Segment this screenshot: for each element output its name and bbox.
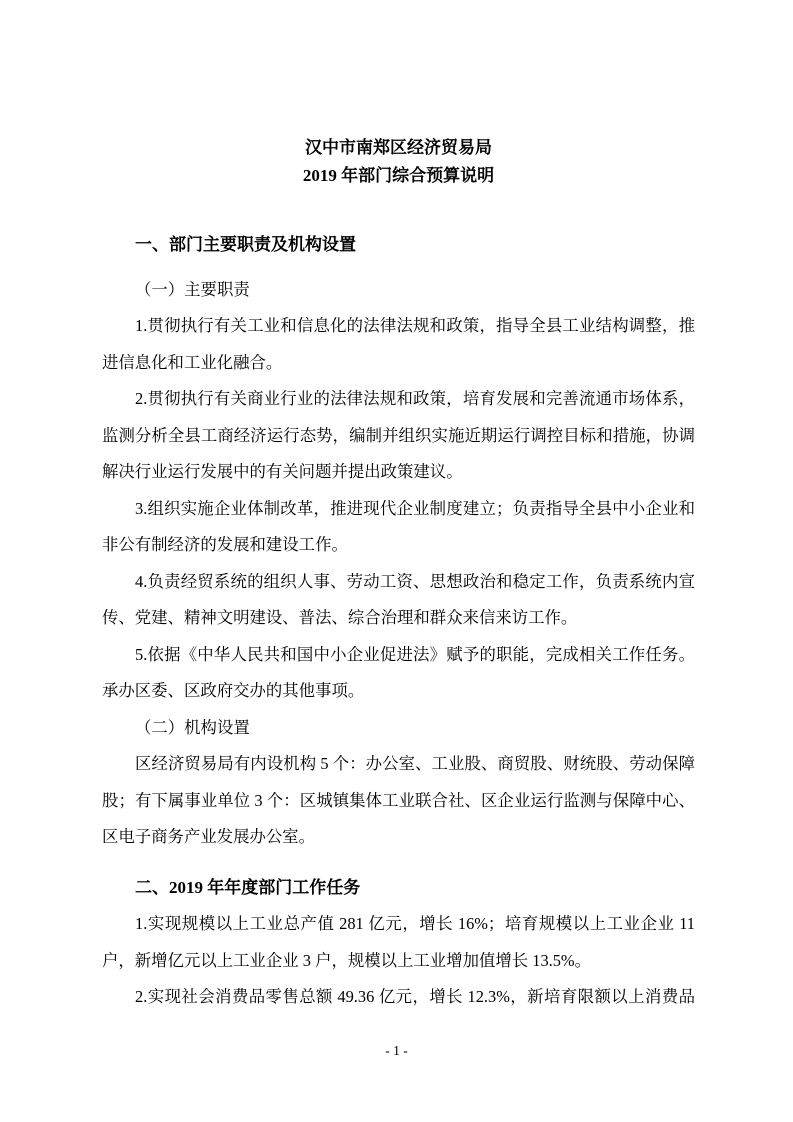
section-heading-1: 一、部门主要职责及机构设置 (102, 227, 695, 264)
page-number: - 1 - (0, 1042, 793, 1060)
paragraph-duty-2: 2.贯彻执行有关商业行业的法律法规和政策，培育发展和完善流通市场体系，监测分析全… (102, 381, 695, 491)
document-body: 汉中市南郑区经济贸易局 2019 年部门综合预算说明 一、部门主要职责及机构设置… (102, 134, 695, 1016)
paragraph-task-2-clipped: 2.实现社会消费品零售总额 49.36 亿元，增长 12.3%，新培育限额以上消… (102, 979, 695, 1016)
paragraph-duty-1: 1.贯彻执行有关工业和信息化的法律法规和政策，指导全县工业结构调整，推进信息化和… (102, 308, 695, 381)
document-page: 汉中市南郑区经济贸易局 2019 年部门综合预算说明 一、部门主要职责及机构设置… (0, 0, 793, 1122)
title-line-2: 2019 年部门综合预算说明 (102, 162, 695, 190)
paragraph-duty-3: 3.组织实施企业体制改革，推进现代企业制度建立；负责指导全县中小企业和非公有制经… (102, 491, 695, 564)
paragraph-duty-4: 4.负责经贸系统的组织人事、劳动工资、思想政治和稳定工作，负责系统内宣传、党建、… (102, 564, 695, 637)
paragraph-duty-5: 5.依据《中华人民共和国中小企业促进法》赋予的职能，完成相关工作任务。承办区委、… (102, 637, 695, 710)
paragraph-organization: 区经济贸易局有内设机构 5 个：办公室、工业股、商贸股、财统股、劳动保障股；有下… (102, 746, 695, 856)
document-title: 汉中市南郑区经济贸易局 2019 年部门综合预算说明 (102, 134, 695, 189)
paragraph-task-1: 1.实现规模以上工业总产值 281 亿元，增长 16%；培育规模以上工业企业 1… (102, 906, 695, 979)
section-heading-2: 二、2019 年年度部门工作任务 (102, 870, 695, 907)
subheading-main-duties: （一）主要职责 (102, 272, 695, 309)
title-line-1: 汉中市南郑区经济贸易局 (102, 134, 695, 162)
subheading-organization: （二）机构设置 (102, 710, 695, 747)
